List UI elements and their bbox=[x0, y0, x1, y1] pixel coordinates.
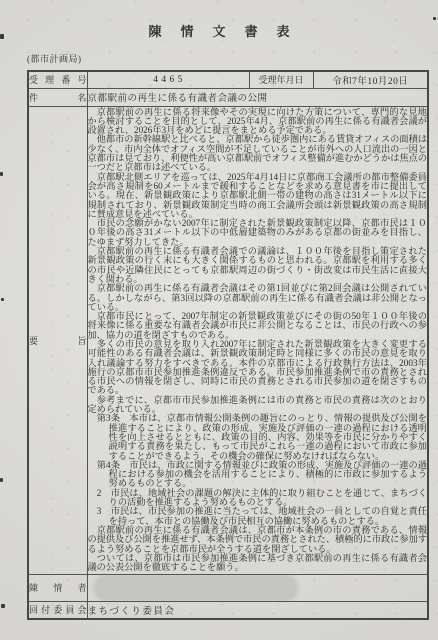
subject-row: 件名 京都駅前の再生に係る有識者会議の公開 bbox=[28, 88, 428, 106]
committee-row: 回付委員会 まちづくり委員会 bbox=[28, 601, 428, 619]
summary-paragraph: 3 市民は、市民参加の推進に当たっては、地域社会の一員としての自覚と責任を持って… bbox=[88, 507, 428, 526]
subject-value: 京都駅前の再生に係る有識者会議の公開 bbox=[87, 88, 428, 106]
scanned-petition-page: { "document": { "title": "陳情文書表", "burea… bbox=[0, 0, 438, 640]
petitioner-label: 陳情者 bbox=[28, 574, 87, 601]
scan-speck bbox=[1, 298, 4, 301]
scan-speck bbox=[0, 34, 4, 39]
page-title: 陳情文書表 bbox=[0, 21, 438, 40]
summary-paragraph: 京都駅前の再生に係る有識者会議は、京都市が本条例の市の責務である、情報の提供及び… bbox=[88, 526, 428, 554]
summary-row: 要旨 京都駅前の再生に係る将来像やその実現に向けた方策について、専門的な見地から… bbox=[28, 106, 428, 574]
committee-label: 回付委員会 bbox=[28, 601, 87, 619]
redaction-blob bbox=[97, 578, 295, 598]
receipt-date-label: 受理年月日 bbox=[249, 71, 313, 88]
petitioner-row: 陳情者 bbox=[28, 574, 428, 601]
receipt-number-label: 受理番号 bbox=[28, 71, 87, 88]
scan-speck bbox=[0, 478, 3, 482]
subject-label: 件名 bbox=[28, 88, 87, 106]
summary-paragraph: ついては、京都市は市民参加推進条例に基づき京都駅前の再生に係る有識者会議の公表公… bbox=[88, 554, 428, 573]
summary-paragraph: 第3条 本市は、京都市情報公開条例の趣旨にのっとり、情報の提供及び公開を推進する… bbox=[88, 414, 428, 460]
scan-speck bbox=[0, 172, 3, 176]
receipt-row: 受理番号 4 4 6 5 受理年月日 令和7年10月20日 bbox=[28, 71, 428, 88]
summary-paragraph: 京都市民にとって、2007年制定の新景観政策並びにその街の50年１００年後の将来… bbox=[88, 312, 428, 340]
summary-label: 要旨 bbox=[28, 106, 87, 574]
summary-paragraph: 京都駅前の再生に係る有識者会議はその第1回並びに第2回会議は公開されている。しか… bbox=[88, 284, 428, 312]
summary-paragraph: 市民の念願がかない2007年に制定された新景観政策制定以降、京都市民は１００年後… bbox=[88, 219, 428, 247]
summary-paragraph: 2 市民は、地域社会の課題の解決に主体的に取り組むことを通じて、まちづくりの活動… bbox=[88, 489, 428, 508]
summary-paragraph: 京都駅前の再生に係る有識者会議での議論は、１００年後を目指し策定された新景観政策… bbox=[88, 247, 428, 284]
summary-paragraph: 京都駅前の再生に係る将来像やその実現に向けた方策について、専門的な見地から検討す… bbox=[88, 108, 428, 136]
summary-paragraph: 京都駅北側エリアを巡っては、2025年4月14日に京都商工会議所の都市整備委員会… bbox=[88, 173, 428, 219]
committee-value: まちづくり委員会 bbox=[87, 601, 428, 619]
summary-cell: 京都駅前の再生に係る将来像やその実現に向けた方策について、専門的な見地から検討す… bbox=[87, 106, 428, 574]
summary-paragraph: 第4条 市民は、市政に関する情報並びに政策の形成、実施及び評価の一連の過程におけ… bbox=[88, 461, 428, 489]
summary-text: 京都駅前の再生に係る将来像やその実現に向けた方策について、専門的な見地から検討す… bbox=[88, 108, 428, 573]
summary-paragraph: 多くの市民の意見を取り入れ2007年に制定された新景観政策を大きく変更する可能性… bbox=[88, 340, 428, 396]
summary-paragraph: 他都市の新幹線駅と比べると、京都駅から徒歩圏内にある賃貸オフィスの面積は少なく、… bbox=[88, 135, 428, 172]
petition-table: 受理番号 4 4 6 5 受理年月日 令和7年10月20日 件名 京都駅前の再生… bbox=[27, 70, 429, 620]
bureau-note: (都市計画局) bbox=[27, 52, 82, 65]
summary-paragraph: 参考までに、京都市市民参加推進条例には市の責務と市民の責務は次のとおり定められて… bbox=[88, 396, 428, 415]
receipt-number-value: 4 4 6 5 bbox=[87, 71, 249, 88]
scan-speck bbox=[1, 604, 5, 608]
scan-speck bbox=[433, 17, 436, 20]
receipt-date-value: 令和7年10月20日 bbox=[313, 71, 428, 88]
petitioner-value-cell bbox=[87, 574, 428, 601]
